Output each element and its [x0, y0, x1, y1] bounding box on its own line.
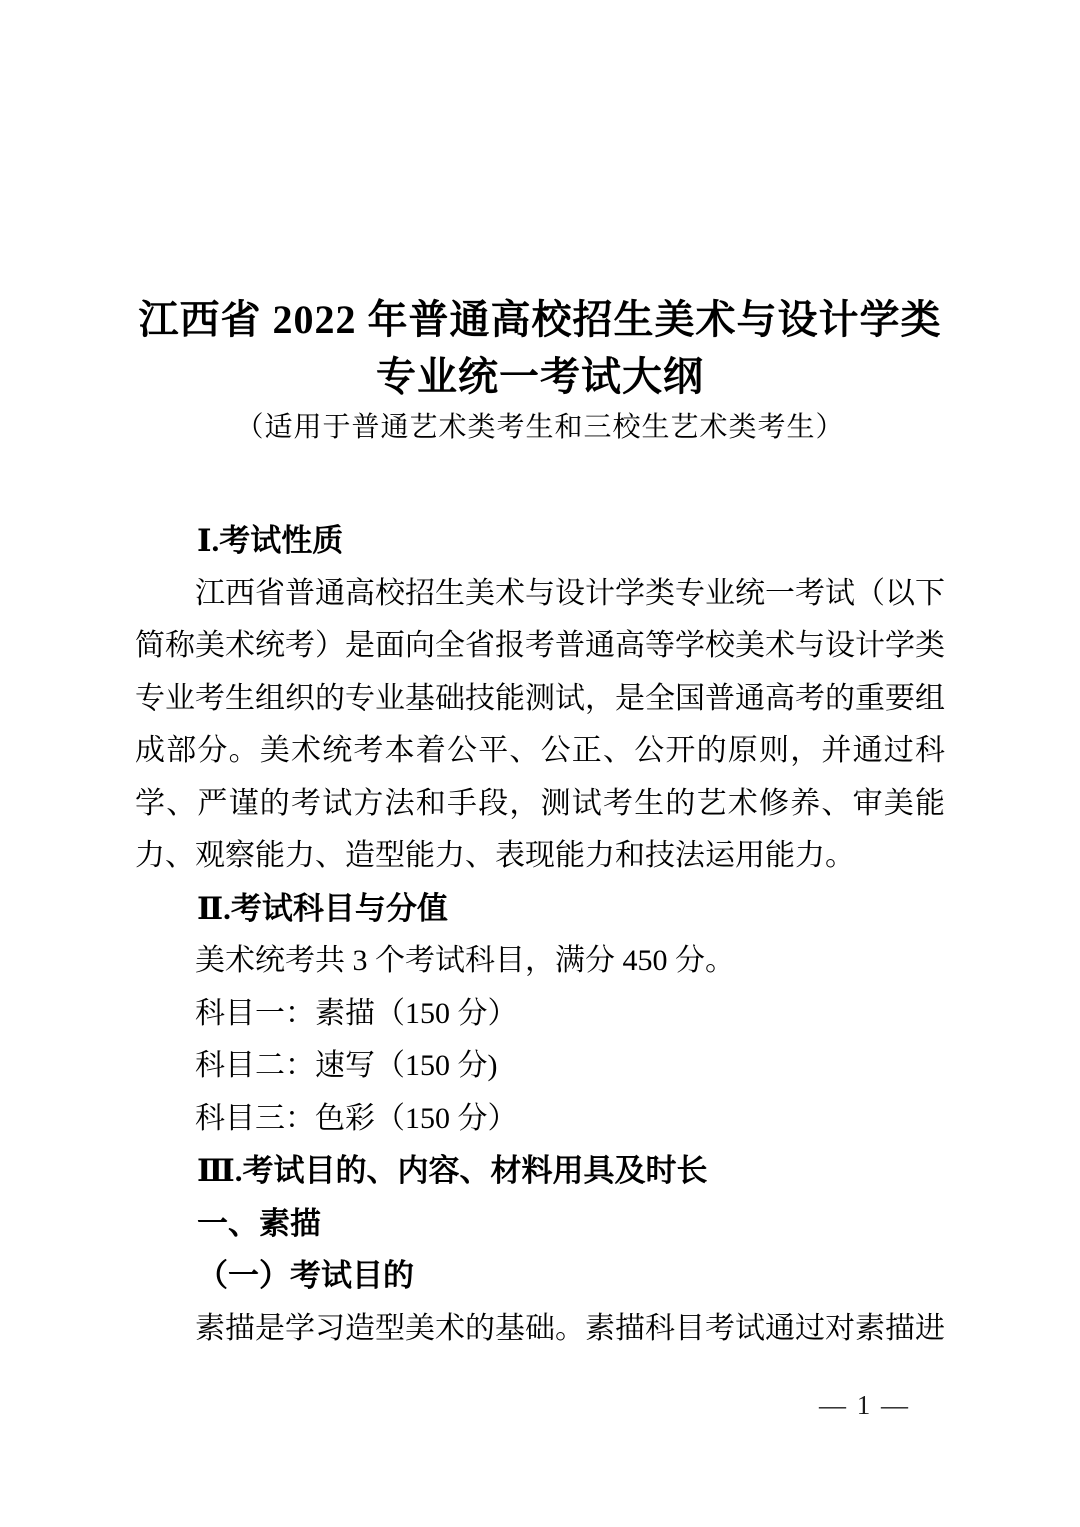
- page-number: — 1 —: [819, 1390, 910, 1420]
- subsubsection-heading-exam-purpose: （一）考试目的: [135, 1250, 945, 1303]
- document-subtitle: （适用于普通艺术类考生和三校生艺术类考生）: [135, 405, 945, 451]
- section-heading-exam-nature: Ⅰ.考试性质: [135, 515, 945, 568]
- document-body: Ⅰ.考试性质 江西省普通高校招生美术与设计学类专业统一考试（以下简称美术统考）是…: [135, 515, 945, 1355]
- line-total-score: 美术统考共 3 个考试科目，满分 450 分。: [135, 935, 945, 988]
- document-page: 江西省 2022 年普通高校招生美术与设计学类 专业统一考试大纲 （适用于普通艺…: [0, 0, 1080, 1527]
- title-line-1: 江西省 2022 年普通高校招生美术与设计学类: [135, 291, 945, 348]
- paragraph-sketch-intro: 素描是学习造型美术的基础。素描科目考试通过对素描进: [135, 1303, 945, 1356]
- section-heading-purpose-content: Ⅲ.考试目的、内容、材料用具及时长: [135, 1145, 945, 1198]
- title-line-2: 专业统一考试大纲: [135, 348, 945, 405]
- line-subject-1-sketch: 科目一：素描（150 分）: [135, 988, 945, 1041]
- paragraph-exam-nature: 江西省普通高校招生美术与设计学类专业统一考试（以下简称美术统考）是面向全省报考普…: [135, 568, 945, 883]
- subsection-heading-sketch: 一、素描: [135, 1198, 945, 1251]
- line-subject-3-color: 科目三：色彩（150 分）: [135, 1093, 945, 1146]
- section-heading-subjects-scores: Ⅱ.考试科目与分值: [135, 883, 945, 936]
- document-content: 江西省 2022 年普通高校招生美术与设计学类 专业统一考试大纲 （适用于普通艺…: [135, 291, 945, 1355]
- document-title: 江西省 2022 年普通高校招生美术与设计学类 专业统一考试大纲: [135, 291, 945, 405]
- line-subject-2-quick-sketch: 科目二：速写（150 分): [135, 1040, 945, 1093]
